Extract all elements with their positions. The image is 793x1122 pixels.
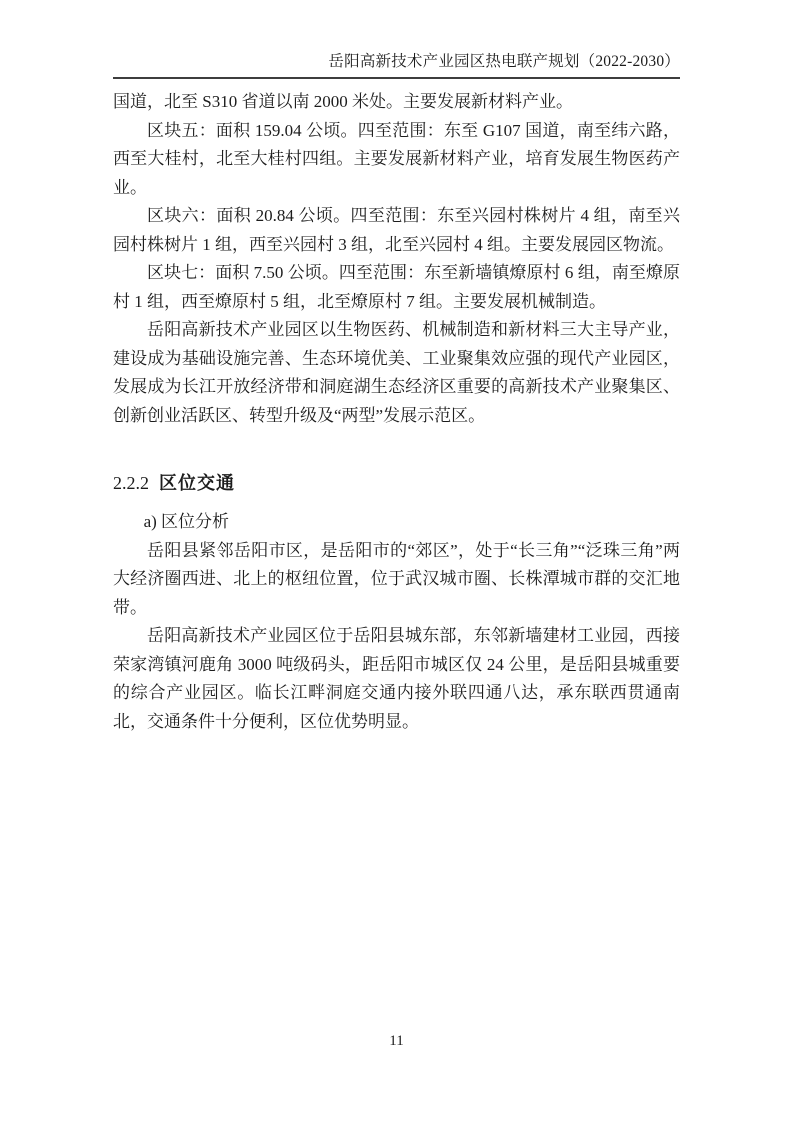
section-heading: 2.2.2区位交通 [113,470,680,496]
paragraph-block6: 区块六：面积 20.84 公顷。四至范围：东至兴园村株树片 4 组，南至兴园村株… [113,202,680,259]
section-title: 区位交通 [159,473,235,493]
paragraph-continuation: 国道，北至 S310 省道以南 2000 米处。主要发展新材料产业。 [113,88,680,117]
paragraph-block7: 区块七：面积 7.50 公顷。四至范围：东至新墙镇燎原村 6 组，南至燎原村 1… [113,259,680,316]
subsection-label: a) 区位分析 [113,508,680,537]
document-page: 岳阳高新技术产业园区热电联产规划（2022-2030） 国道，北至 S310 省… [0,0,793,1122]
document-body: 国道，北至 S310 省道以南 2000 米处。主要发展新材料产业。 区块五：面… [113,88,680,736]
paragraph-location-1: 岳阳县紧邻岳阳市区，是岳阳市的“郊区”，处于“长三角”“泛珠三角”两大经济圈西进… [113,537,680,623]
page-header: 岳阳高新技术产业园区热电联产规划（2022-2030） [113,52,680,79]
paragraph-block5: 区块五：面积 159.04 公顷。四至范围：东至 G107 国道，南至纬六路，西… [113,117,680,203]
paragraph-overview: 岳阳高新技术产业园区以生物医药、机械制造和新材料三大主导产业，建设成为基础设施完… [113,316,680,430]
page-number: 11 [389,1033,403,1049]
header-title: 岳阳高新技术产业园区热电联产规划（2022-2030） [113,52,680,79]
page-footer: 11 [0,1031,793,1051]
section-number: 2.2.2 [113,473,149,493]
paragraph-location-2: 岳阳高新技术产业园区位于岳阳县城东部，东邻新墙建材工业园，西接荣家湾镇河鹿角 3… [113,622,680,736]
